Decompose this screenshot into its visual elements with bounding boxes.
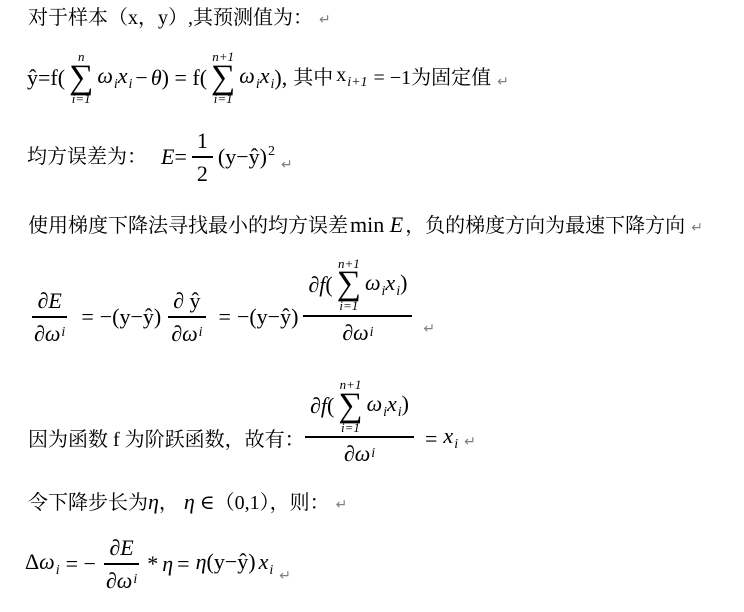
formula-prediction-lhs: ŷ=f( [27,65,65,90]
fraction-numerator: ∂ ŷ [168,288,205,317]
x-symbol: x [336,64,346,86]
sigma-icon: ∑ [338,392,362,421]
omega-symbol: ω [355,441,371,466]
formula-partial-derivative: ∂E ∂ωi = −(y−ŷ) ∂ ŷ ∂ωi = −(y−ŷ) ∂f( n+1… [24,259,435,375]
summation-n-plus-1: n+1 ∑ i=1 [337,257,361,313]
x-symbol: x [443,423,453,448]
sum-lower-limit: i=1 [341,421,360,435]
omega-subscript: i [61,325,65,341]
fixed-input-symbol: xi+1 [336,64,367,91]
min-E-expression: min E [350,212,403,237]
eta-symbol: η [196,549,207,574]
paragraph-gradient-descent: 使用梯度下降法寻找最小的均方误差min E，负的梯度方向为最速下降方向↵ [28,212,703,240]
return-mark-icon: ↵ [336,497,348,513]
partial-symbol: ∂ [37,288,48,313]
fraction-numerator: ∂f( n+1 ∑ i=1 ωixi) [305,378,414,438]
fixed-value: = −1 [374,67,412,90]
step-function-result: = xi ↵ [419,423,476,453]
fraction-one-half: 1 2 [192,128,213,186]
equals-sign: = [219,304,231,329]
formula-weight-update: Δωi = − ∂E ∂ωi * η = η(y−ŷ)xi ↵ [25,533,291,595]
where-text: 其中 [293,65,333,92]
summation-n-plus-1: n+1 ∑ i=1 [211,50,235,106]
x-subscript: i [269,563,273,578]
omega-symbol: ω [97,63,113,88]
formula-prediction-mid: ) = f( [162,65,207,90]
E-symbol: E [48,288,61,313]
paragraph-learning-rate: 令下降步长为η， η ∈（0,1），则：↵ [28,489,347,517]
mse-body: (y−ŷ)2 [218,144,275,169]
delta-omega-term: Δωi [25,549,60,579]
partial-f-open: ∂f( [308,272,332,297]
return-mark-icon: ↵ [691,220,703,236]
formula-mse: 均方误差为： E = 1 2 (y−ŷ)2 ↵ [27,126,293,188]
close-paren: ) [400,270,407,295]
summation-n-plus-1: n+1 ∑ i=1 [338,378,362,434]
omega-symbol: ω [353,320,369,345]
fraction-numerator: ∂f( n+1 ∑ i=1 ωixi) [303,257,412,317]
partial-symbol: ∂ [342,320,353,345]
return-mark-icon: ↵ [281,157,293,173]
step-function-label: 因为函数 f 为阶跃函数，故有： [28,429,305,451]
equals-sign: = [177,551,189,576]
error-term: −(y−ŷ) [237,304,298,329]
partial-symbol: ∂ [109,535,120,560]
asterisk-operator: * [147,551,158,576]
sum-lower-limit: i=1 [339,299,358,313]
sum-lower-limit: i=1 [72,92,91,106]
omega-symbol: ω [239,63,255,88]
sigma-icon: ∑ [69,64,93,93]
equals-sign: = [174,144,186,169]
return-mark-icon: ↵ [497,74,509,90]
fraction-df-dw: ∂f( n+1 ∑ i=1 ωixi) ∂ωi [305,378,414,466]
partial-symbol: ∂ [344,441,355,466]
x-symbol: x [260,63,270,88]
error-term: y−ŷ [225,144,259,169]
equals-sign: = [425,426,437,451]
fraction-dyhat-dw: ∂ ŷ ∂ωi [166,288,207,346]
fraction-numerator: ∂E [32,288,66,317]
fraction-denominator: ∂ωi [29,318,70,346]
return-mark-icon: ↵ [423,321,435,337]
squared-superscript: 2 [268,144,275,159]
update-rhs: η(y−ŷ)xi [196,549,274,579]
fixed-value-text: 为固定值 [411,65,491,92]
formula-prediction-term2: ωixi [239,63,274,93]
error-term: (y−ŷ) [207,549,256,574]
omega-subscript: i [370,325,374,341]
formula-prediction-term1: ωixi [97,63,132,93]
partial-symbol: ∂ [106,568,117,593]
omega-symbol: ω [365,270,381,295]
partial-symbol: ∂ [34,321,45,346]
E-symbol: E [390,212,403,237]
eta-range: ∈（0,1） [200,492,270,514]
open-paren: ( [325,272,332,297]
mse-label: 均方误差为： [27,144,147,171]
x-symbol: x [387,391,397,416]
paragraph-step-function-label: 因为函数 f 为阶跃函数，故有： [28,427,305,454]
fraction-denominator: ∂ωi [166,318,207,346]
x-symbol: x [385,270,395,295]
omega-symbol: ω [39,549,55,574]
eta-symbol: η [162,551,173,576]
omega-subscript: i [371,446,375,462]
theta-symbol: θ [151,65,162,90]
x-symbol: x [259,549,269,574]
delta-symbol: Δ [25,549,39,574]
min-operator: min [350,212,384,237]
fraction-denominator: 2 [192,158,213,186]
gradient-descent-text-1: 使用梯度下降法寻找最小的均方误差 [28,215,348,237]
sum-lower-limit: i=1 [214,92,233,106]
paragraph-sample-text: 对于样本（x，y）,其预测值为： [28,7,313,29]
fraction-numerator: ∂E [104,535,138,564]
gradient-descent-text-2: ，负的梯度方向为最速下降方向 [405,215,685,237]
partial-symbol: ∂ [308,272,319,297]
fraction-denominator: ∂ωi [101,565,142,593]
sigma-icon: ∑ [337,270,361,299]
learning-rate-text-2: ，则： [270,492,330,514]
return-mark-icon: ↵ [319,12,331,28]
close-paren: ) [260,144,267,169]
fraction-numerator: 1 [192,128,213,157]
omega-symbol: ω [45,321,61,346]
omega-subscript: i [133,572,137,588]
formula-step-function: ∂f( n+1 ∑ i=1 ωixi) ∂ωi = xi ↵ [300,378,476,466]
comma: ， [159,492,179,514]
error-term: −(y−ŷ) [100,304,161,329]
return-mark-icon: ↵ [279,568,291,584]
omega-subscript: i [199,325,203,341]
sigma-icon: ∑ [211,64,235,93]
omega-symbol: ω [367,391,383,416]
paragraph-sample: 对于样本（x，y）,其预测值为：↵ [28,5,331,32]
x-subscript: i+1 [347,75,367,90]
x-i-term: xi [443,423,458,453]
omega-symbol: ω [117,568,133,593]
weighted-input-term: ωixi) [367,391,409,421]
x-subscript: i [129,77,133,92]
equals-minus-sign: = − [66,551,96,576]
x-subscript: i [454,437,458,452]
open-paren: ( [327,393,334,418]
omega-symbol: ω [182,321,198,346]
E-symbol: E [161,144,174,169]
fraction-dE-dw: ∂E ∂ωi [101,535,142,593]
weighted-input-term: ωixi) [365,270,407,300]
omega-subscript: i [56,563,60,578]
eta-symbol: η [148,489,159,514]
summation-n: n ∑ i=1 [69,50,93,106]
x-symbol: x [118,63,128,88]
learning-rate-text-1: 令下降步长为 [28,492,148,514]
formula-prediction-close: ), [274,65,287,90]
eta-symbol: η [184,489,195,514]
close-paren: ) [402,391,409,416]
minus-sign: − [135,65,147,90]
partial-f-open: ∂f( [310,393,334,418]
fraction-df-dw: ∂f( n+1 ∑ i=1 ωixi) ∂ωi [303,257,412,345]
document-page: 对于样本（x，y）,其预测值为：↵ ŷ=f( n ∑ i=1 ωixi − θ … [0,0,744,612]
partial-symbol: ∂ [171,321,182,346]
fraction-dE-dw: ∂E ∂ωi [29,288,70,346]
formula-prediction: ŷ=f( n ∑ i=1 ωixi − θ ) = f( n+1 ∑ i=1 ω… [27,46,509,110]
E-symbol: E [120,535,133,560]
fraction-denominator: ∂ωi [337,317,378,345]
partial-symbol: ∂ [310,393,321,418]
equals-sign: = [81,304,93,329]
fraction-denominator: ∂ωi [339,438,380,466]
return-mark-icon: ↵ [464,434,476,450]
